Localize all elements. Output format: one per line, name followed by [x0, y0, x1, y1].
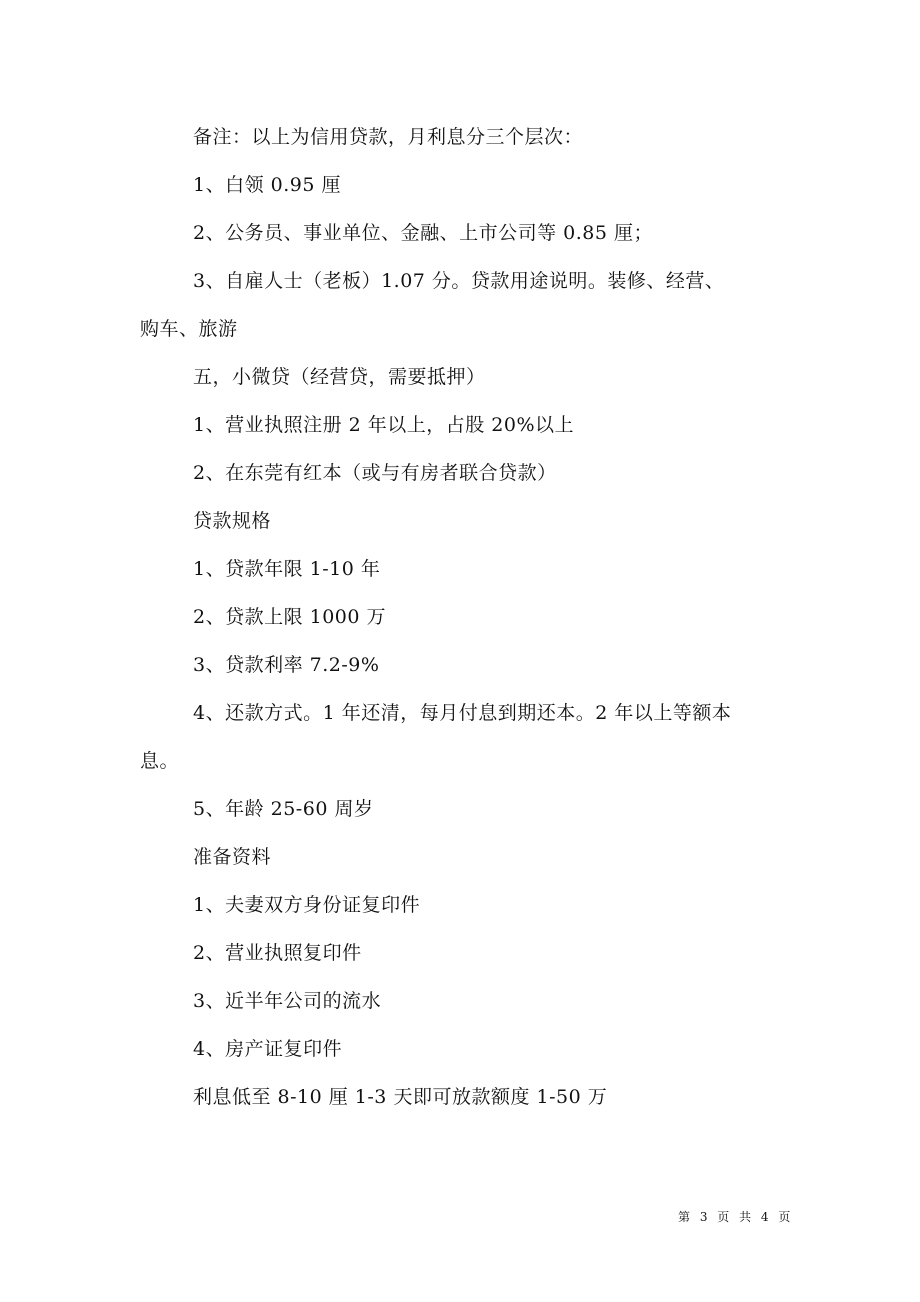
list-item: 2、在东莞有红本（或与有房者联合贷款） — [193, 461, 557, 485]
document-page: 备注：以上为信用贷款，月利息分三个层次： 1、白领 0.95 厘 2、公务员、事… — [0, 0, 920, 1302]
list-item: 1、白领 0.95 厘 — [193, 173, 341, 197]
note-heading: 备注：以上为信用贷款，月利息分三个层次： — [193, 125, 583, 149]
summary-line: 利息低至 8-10 厘 1-3 天即可放款额度 1-50 万 — [193, 1085, 607, 1109]
list-item: 2、贷款上限 1000 万 — [193, 605, 386, 629]
list-item: 5、年龄 25-60 周岁 — [193, 797, 373, 821]
list-item: 3、贷款利率 7.2-9% — [193, 653, 379, 677]
list-item: 1、贷款年限 1-10 年 — [193, 557, 380, 581]
list-item: 1、夫妻双方身份证复印件 — [193, 893, 420, 917]
page-number: 第 3 页 共 4 页 — [678, 1208, 793, 1225]
list-item: 3、近半年公司的流水 — [193, 989, 381, 1013]
list-item: 4、房产证复印件 — [193, 1037, 342, 1061]
section-heading: 五，小微贷（经营贷，需要抵押） — [193, 365, 486, 389]
list-item-continuation: 息。 — [140, 749, 179, 773]
list-item: 1、营业执照注册 2 年以上，占股 20%以上 — [193, 413, 574, 437]
list-item-continuation: 购车、旅游 — [140, 317, 238, 341]
subsection-heading: 贷款规格 — [193, 509, 271, 533]
list-item: 4、还款方式。1 年还清，每月付息到期还本。2 年以上等额本 — [193, 701, 731, 725]
list-item: 2、营业执照复印件 — [193, 941, 362, 965]
subsection-heading: 准备资料 — [193, 845, 271, 869]
list-item: 3、自雇人士（老板）1.07 分。贷款用途说明。装修、经营、 — [193, 269, 724, 293]
list-item: 2、公务员、事业单位、金融、上市公司等 0.85 厘； — [193, 221, 653, 245]
